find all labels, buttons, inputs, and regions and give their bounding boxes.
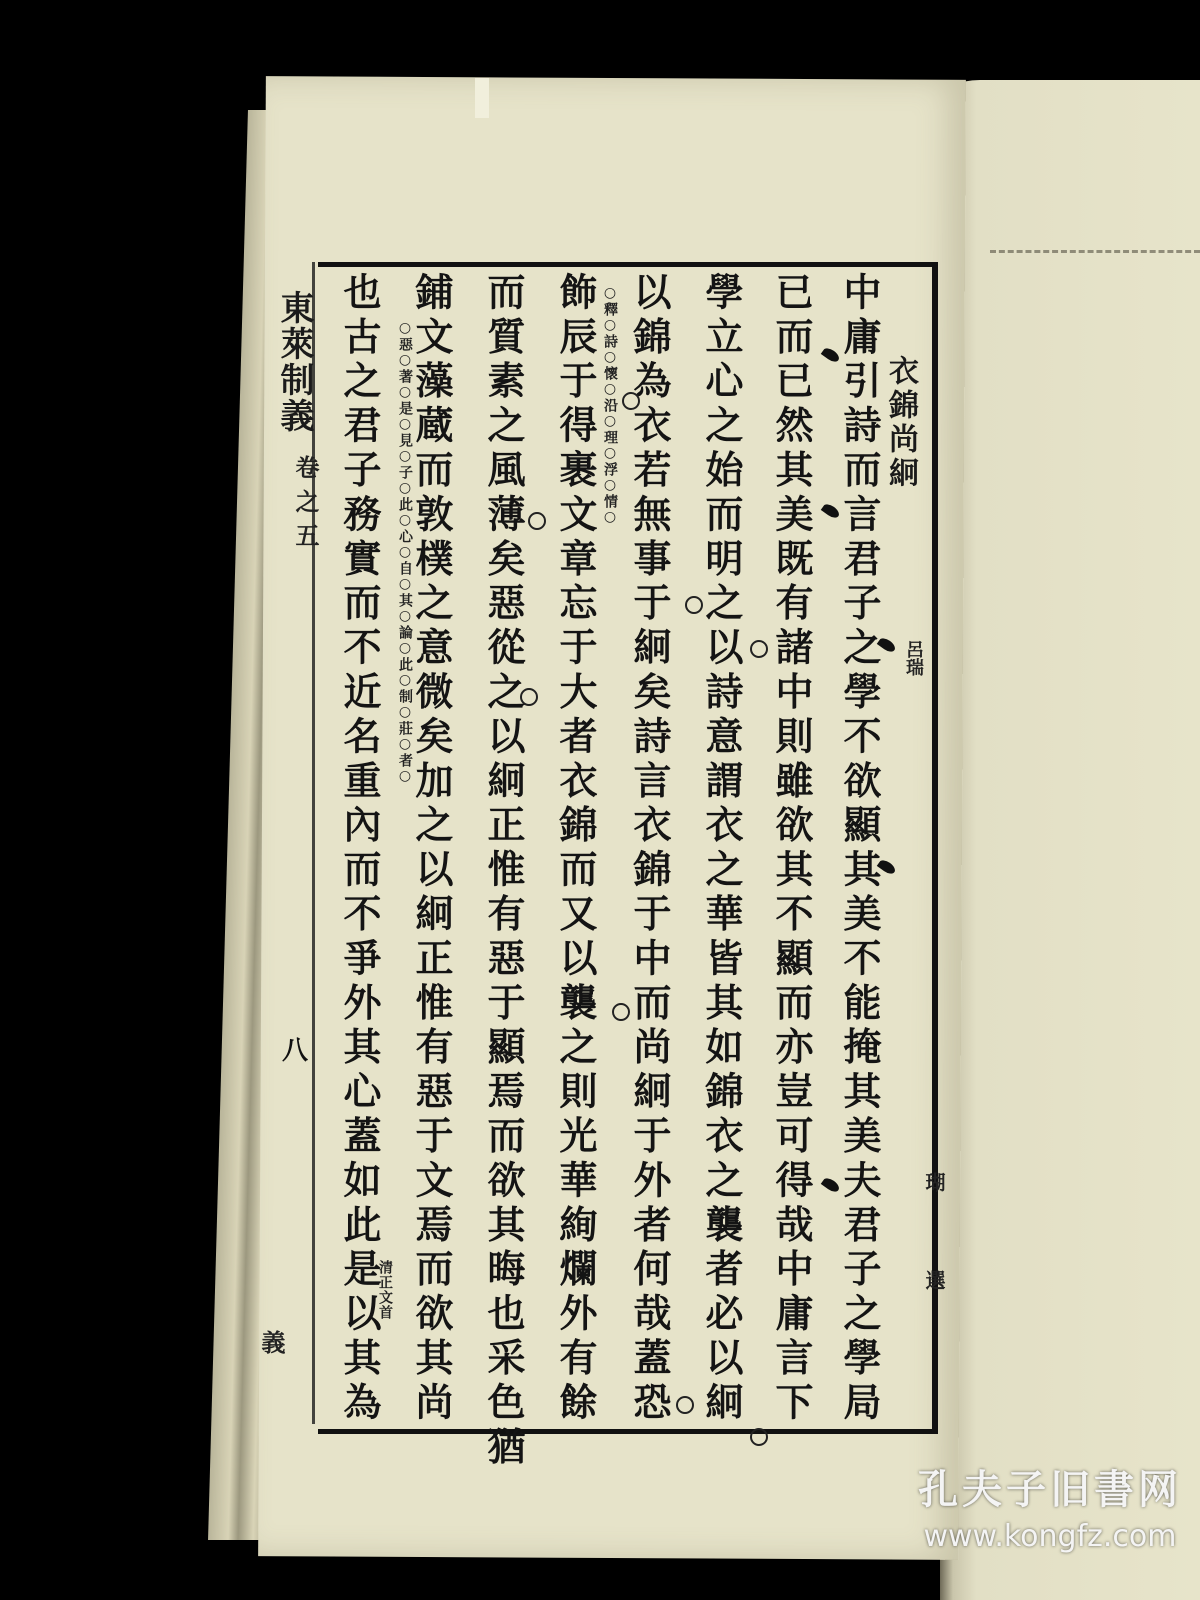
text-column-7: 鋪文藻蔵而敦樸之意微矣加之以絅正惟有惡于文焉而欲其尚	[412, 272, 450, 1426]
essay-heading: 衣錦尚絅	[878, 355, 922, 491]
punctuation-circle	[612, 1003, 630, 1021]
margin-book-title: 東萊制義	[270, 290, 319, 434]
punctuation-circle	[520, 688, 538, 706]
watermark-url: www.kongfz.com	[900, 1519, 1200, 1554]
author-name: 呂瑞	[900, 640, 926, 676]
punctuation-circle	[750, 640, 768, 658]
editor-mark: 瑚	[920, 1172, 949, 1192]
punctuation-circle	[685, 596, 703, 614]
frame-left-rule	[312, 262, 315, 1424]
right-page	[940, 80, 1200, 1600]
punctuation-circle	[622, 392, 640, 410]
text-column-2: 已而已然其美既有諸中則雖欲其不顯而亦豈可得哉中庸言下	[772, 272, 810, 1426]
site-watermark: 孔夫子旧書网 www.kongfz.com	[900, 1458, 1200, 1554]
margin-foot-text: 義	[254, 1330, 289, 1354]
text-column-6: 而質素之風薄矣惡從之以絅正惟有惡于顯焉而欲其晦也采色猶	[484, 272, 522, 1471]
punctuation-circle	[750, 1428, 768, 1446]
annotation-3: 清正文首	[375, 1260, 395, 1320]
text-column-5: 飾辰于得裹文章忘于大者衣錦而又以襲之則光華絢爛外有餘	[556, 272, 594, 1426]
watermark-site-name: 孔夫子旧書网	[900, 1458, 1200, 1515]
punctuation-circle	[676, 1396, 694, 1414]
editor-mark-2: 選	[920, 1270, 949, 1290]
text-column-4: 以錦為衣若無事于絅矣詩言衣錦于中而尚絅于外者何哉蓋恐	[630, 272, 668, 1426]
margin-page-number: 八	[282, 1030, 308, 1067]
text-column-3: 學立心之始而明之以詩意謂衣之華皆其如錦衣之襲者必以絅	[702, 272, 740, 1426]
annotation-2: ○惡○著○是○見○子○此○心○自○其○論○此○制○莊○者○	[395, 320, 415, 785]
ink-smudge	[990, 250, 1200, 261]
punctuation-circle	[528, 512, 546, 530]
annotation-1: ○釋○詩○懷○沿○理○浮○情○	[600, 285, 620, 526]
text-column-1: 中庸引詩而言君子之學不欲顯其美不能掩其美夫君子之學局	[840, 272, 878, 1426]
text-column-8: 也古之君子務實而不近名重內而不爭外其心蓋如此是以其為	[340, 272, 378, 1426]
paper-tab	[475, 78, 489, 118]
margin-volume: 卷之五	[288, 455, 323, 557]
